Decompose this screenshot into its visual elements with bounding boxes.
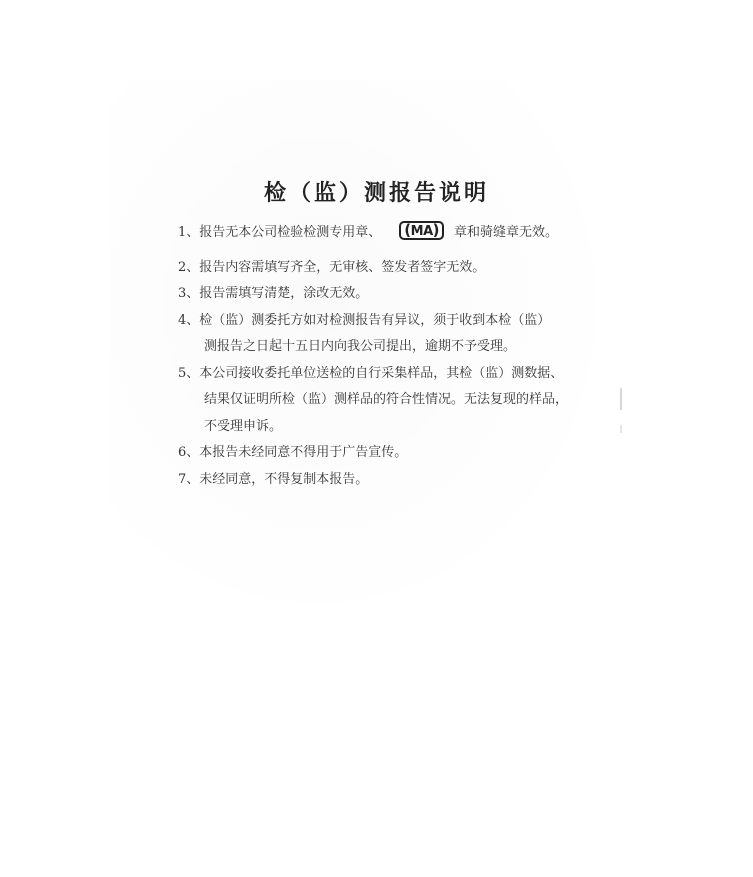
item-text: 章和骑缝章无效。: [454, 225, 558, 240]
list-item: 7、未经同意，不得复制本报告。: [178, 467, 598, 494]
item-number: 4、: [178, 313, 199, 328]
item-text: 报告无本公司检验检测专用章、: [199, 225, 381, 240]
list-item: 2、报告内容需填写齐全，无审核、签发者签字无效。: [178, 255, 598, 282]
item-text: 未经同意，不得复制本报告。: [199, 472, 368, 487]
item-text: 报告需填写清楚，涂改无效。: [199, 286, 368, 301]
list-item: 4、检（监）测委托方如对检测报告有异议，须于收到本检（监） 测报告之日起十五日内…: [178, 308, 598, 361]
item-text-continued: 不受理申诉。: [178, 414, 598, 441]
item-number: 1、: [178, 225, 199, 240]
notes-list: 1、报告无本公司检验检测专用章、(MA)章和骑缝章无效。 2、报告内容需填写齐全…: [178, 220, 598, 493]
list-item: 1、报告无本公司检验检测专用章、(MA)章和骑缝章无效。: [178, 220, 598, 247]
document-page: 检（监）测报告说明 1、报告无本公司检验检测专用章、(MA)章和骑缝章无效。 2…: [0, 0, 753, 877]
list-item: 3、报告需填写清楚，涂改无效。: [178, 281, 598, 308]
list-item: 6、本报告未经同意不得用于广告宣传。: [178, 440, 598, 467]
scan-artifact: [620, 388, 622, 410]
list-item: 5、本公司接收委托单位送检的自行采集样品，其检（监）测数据、 结果仅证明所检（监…: [178, 361, 598, 441]
page-title: 检（监）测报告说明: [0, 176, 753, 207]
cma-seal-icon: (MA): [399, 221, 444, 240]
item-number: 3、: [178, 286, 199, 301]
item-text-continued: 测报告之日起十五日内向我公司提出，逾期不予受理。: [178, 334, 598, 361]
item-number: 2、: [178, 260, 199, 275]
item-text: 本公司接收委托单位送检的自行采集样品，其检（监）测数据、: [199, 366, 563, 381]
item-text: 检（监）测委托方如对检测报告有异议，须于收到本检（监）: [199, 313, 550, 328]
item-number: 6、: [178, 445, 199, 460]
item-number: 5、: [178, 366, 199, 381]
item-text: 报告内容需填写齐全，无审核、签发者签字无效。: [199, 260, 485, 275]
item-text-continued: 结果仅证明所检（监）测样品的符合性情况。无法复现的样品，: [178, 387, 598, 414]
item-text: 本报告未经同意不得用于广告宣传。: [199, 445, 407, 460]
scan-artifact: [620, 425, 622, 433]
item-number: 7、: [178, 472, 199, 487]
